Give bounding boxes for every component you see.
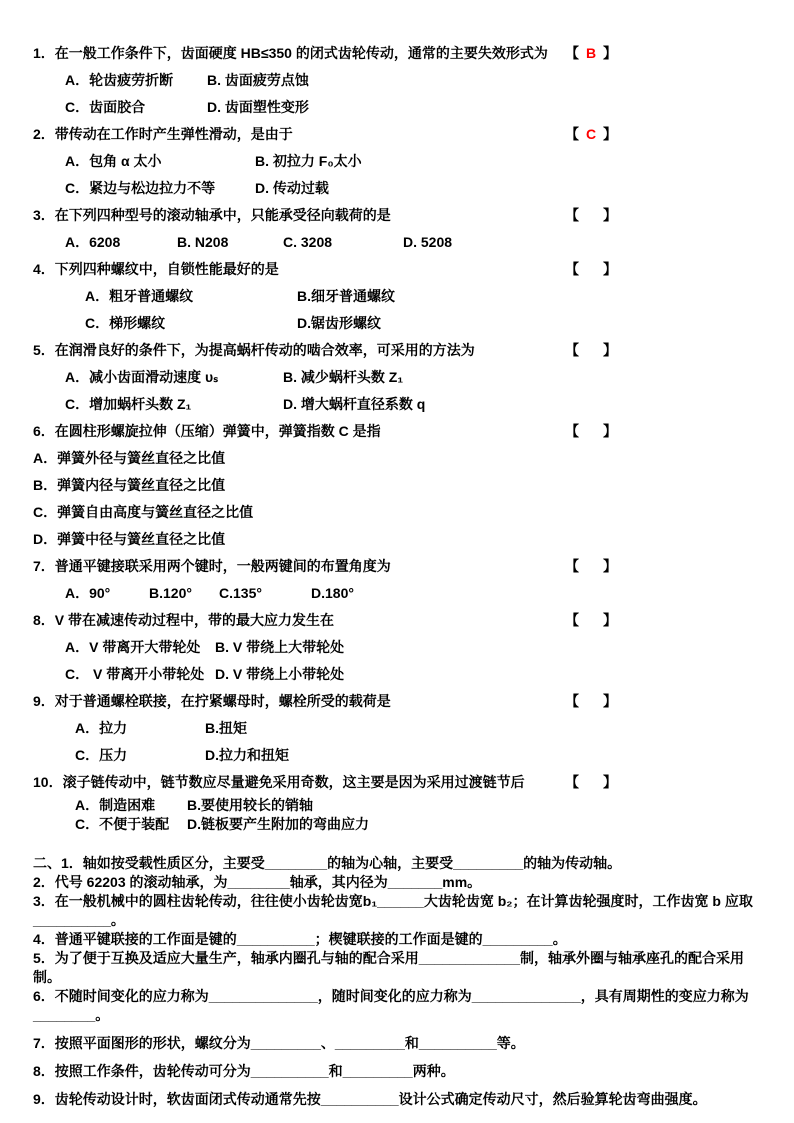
option: D. 齿面塑性变形 bbox=[207, 94, 309, 121]
answer-bracket: 【】 bbox=[565, 256, 617, 283]
option: B.细牙普通螺纹 bbox=[297, 283, 395, 310]
option-row: A．V 带离开大带轮处B. V 带绕上大带轮处 bbox=[33, 634, 766, 661]
option-row: A．减小齿面滑动速度 υₛB. 减少蜗杆头数 Z₁ bbox=[33, 364, 766, 391]
answer-bracket: 【B】 bbox=[565, 40, 617, 67]
answer-bracket: 【】 bbox=[565, 607, 617, 634]
bracket-open: 【 bbox=[565, 612, 579, 628]
question-text: 1．在一般工作条件下，齿面硬度 HB≤350 的闭式齿轮传动，通常的主要失效形式… bbox=[33, 40, 548, 67]
question-2: 2．带传动在工作时产生弹性滑动，是由于【C】A．包角 α 太小B. 初拉力 F₀… bbox=[33, 121, 766, 202]
option-row: C．增加蜗杆头数 Z₁D. 增大蜗杆直径系数 q bbox=[33, 391, 766, 418]
bracket-close: 】 bbox=[603, 261, 617, 277]
section-label: 二、 bbox=[33, 855, 61, 871]
option: A．减小齿面滑动速度 υₛ bbox=[65, 364, 283, 391]
question-3: 3．在下列四种型号的滚动轴承中，只能承受径向载荷的是【】A．6208B. N20… bbox=[33, 202, 766, 256]
option: D. 5208 bbox=[403, 229, 452, 256]
question-7: 7．普通平键接联采用两个键时，一般两键间的布置角度为【】A．90°B.120°C… bbox=[33, 553, 766, 607]
option-row: C． V 带离开小带轮处D. V 带绕上小带轮处 bbox=[33, 661, 766, 688]
bracket-open: 【 bbox=[565, 423, 579, 439]
option: A．6208 bbox=[65, 229, 177, 256]
bracket-close: 】 bbox=[603, 423, 617, 439]
option: B. N208 bbox=[177, 229, 283, 256]
option-row: C．齿面胶合D. 齿面塑性变形 bbox=[33, 94, 766, 121]
question-5: 5．在润滑良好的条件下，为提高蜗杆传动的啮合效率，可采用的方法为【】A．减小齿面… bbox=[33, 337, 766, 418]
option-row: D．弹簧中径与簧丝直径之比值 bbox=[33, 526, 766, 553]
option-row: A．轮齿疲劳折断B. 齿面疲劳点蚀 bbox=[33, 67, 766, 94]
option-row: C．不便于装配D.链板要产生附加的弯曲应力 bbox=[33, 815, 766, 834]
bracket-open: 【 bbox=[565, 207, 579, 223]
option: B. 减少蜗杆头数 Z₁ bbox=[283, 364, 403, 391]
option: A．V 带离开大带轮处 bbox=[65, 634, 215, 661]
option-row: C．压力D.拉力和扭矩 bbox=[33, 742, 766, 769]
option: D.锯齿形螺纹 bbox=[297, 310, 381, 337]
question-line: 10．滚子链传动中，链节数应尽量避免采用奇数，这主要是因为采用过渡链节后【】 bbox=[33, 769, 766, 796]
option: D. 增大蜗杆直径系数 q bbox=[283, 391, 425, 418]
option: B.120° bbox=[149, 580, 219, 607]
question-text: 5．在润滑良好的条件下，为提高蜗杆传动的啮合效率，可采用的方法为 bbox=[33, 337, 475, 364]
multiple-choice-section: 1．在一般工作条件下，齿面硬度 HB≤350 的闭式齿轮传动，通常的主要失效形式… bbox=[33, 40, 766, 834]
option: C．紧边与松边拉力不等 bbox=[65, 175, 255, 202]
answer-bracket: 【C】 bbox=[565, 121, 617, 148]
bracket-open: 【 bbox=[565, 693, 579, 709]
fill-item-5: 5．为了便于互换及适应大量生产，轴承内圈孔与轴的配合采用____________… bbox=[33, 949, 766, 987]
bracket-close: 】 bbox=[603, 558, 617, 574]
option: B.要使用较长的销轴 bbox=[187, 796, 313, 815]
fill-item-6: 6．不随时间变化的应力称为______________，随时间变化的应力称为__… bbox=[33, 987, 766, 1025]
answer-bracket: 【】 bbox=[565, 418, 617, 445]
answer-bracket: 【】 bbox=[565, 337, 617, 364]
option: C. 3208 bbox=[283, 229, 403, 256]
bracket-open: 【 bbox=[565, 342, 579, 358]
option-row: A．制造困难B.要使用较长的销轴 bbox=[33, 796, 766, 815]
option-row: A．弹簧外径与簧丝直径之比值 bbox=[33, 445, 766, 472]
bracket-close: 】 bbox=[603, 207, 617, 223]
option: D.链板要产生附加的弯曲应力 bbox=[187, 815, 369, 834]
bracket-open: 【 bbox=[565, 45, 579, 61]
question-line: 5．在润滑良好的条件下，为提高蜗杆传动的啮合效率，可采用的方法为【】 bbox=[33, 337, 766, 364]
question-text: 7．普通平键接联采用两个键时，一般两键间的布置角度为 bbox=[33, 553, 391, 580]
option: C．不便于装配 bbox=[75, 815, 187, 834]
fill-item-4: 4．普通平键联接的工作面是键的__________；楔键联接的工作面是键的___… bbox=[33, 930, 766, 949]
fill-item-7: 7．按照平面图形的形状，螺纹分为_________、_________和____… bbox=[33, 1034, 766, 1053]
answer-bracket: 【】 bbox=[565, 769, 617, 796]
bracket-close: 】 bbox=[603, 45, 617, 61]
option: C.135° bbox=[219, 580, 311, 607]
option: C．压力 bbox=[75, 742, 205, 769]
option-row: A．6208B. N208C. 3208D. 5208 bbox=[33, 229, 766, 256]
option: A．拉力 bbox=[75, 715, 205, 742]
question-line: 9．对于普通螺栓联接，在拧紧螺母时，螺栓所受的载荷是【】 bbox=[33, 688, 766, 715]
option-row: C．紧边与松边拉力不等D. 传动过载 bbox=[33, 175, 766, 202]
fill-item-8: 8．按照工作条件，齿轮传动可分为__________和_________两种。 bbox=[33, 1062, 766, 1081]
option: D.拉力和扭矩 bbox=[205, 742, 289, 769]
option: D.180° bbox=[311, 580, 354, 607]
option: D. V 带绕上小带轮处 bbox=[215, 661, 344, 688]
answer-bracket: 【】 bbox=[565, 553, 617, 580]
answer-bracket: 【】 bbox=[565, 202, 617, 229]
bracket-close: 】 bbox=[603, 126, 617, 142]
question-10: 10．滚子链传动中，链节数应尽量避免采用奇数，这主要是因为采用过渡链节后【】A．… bbox=[33, 769, 766, 834]
option: B. V 带绕上大带轮处 bbox=[215, 634, 344, 661]
question-text: 6．在圆柱形螺旋拉伸（压缩）弹簧中，弹簧指数 C 是指 bbox=[33, 418, 381, 445]
option: A．90° bbox=[65, 580, 149, 607]
bracket-close: 】 bbox=[603, 693, 617, 709]
question-line: 7．普通平键接联采用两个键时，一般两键间的布置角度为【】 bbox=[33, 553, 766, 580]
question-text: 4．下列四种螺纹中，自锁性能最好的是 bbox=[33, 256, 279, 283]
question-line: 3．在下列四种型号的滚动轴承中，只能承受径向载荷的是【】 bbox=[33, 202, 766, 229]
exam-page: 1．在一般工作条件下，齿面硬度 HB≤350 的闭式齿轮传动，通常的主要失效形式… bbox=[0, 0, 794, 1123]
bracket-close: 】 bbox=[603, 342, 617, 358]
option: C．弹簧自由高度与簧丝直径之比值 bbox=[33, 499, 253, 526]
bracket-open: 【 bbox=[565, 774, 579, 790]
question-line: 4．下列四种螺纹中，自锁性能最好的是【】 bbox=[33, 256, 766, 283]
bracket-open: 【 bbox=[565, 261, 579, 277]
option: A．轮齿疲劳折断 bbox=[65, 67, 207, 94]
fill-item-9: 9．齿轮传动设计时，软齿面闭式传动通常先按__________设计公式确定传动尺… bbox=[33, 1090, 766, 1109]
option: A．弹簧外径与簧丝直径之比值 bbox=[33, 445, 225, 472]
option: B．弹簧内径与簧丝直径之比值 bbox=[33, 472, 225, 499]
option: D．弹簧中径与簧丝直径之比值 bbox=[33, 526, 225, 553]
bracket-open: 【 bbox=[565, 558, 579, 574]
option: B. 齿面疲劳点蚀 bbox=[207, 67, 309, 94]
question-8: 8．V 带在减速传动过程中，带的最大应力发生在【】A．V 带离开大带轮处B. V… bbox=[33, 607, 766, 688]
question-text: 10．滚子链传动中，链节数应尽量避免采用奇数，这主要是因为采用过渡链节后 bbox=[33, 769, 525, 796]
fill-blank-section: 二、1．轴如按受载性质区分，主要受________的轴为心轴，主要受______… bbox=[33, 854, 766, 1109]
answer-bracket: 【】 bbox=[565, 688, 617, 715]
option: C．增加蜗杆头数 Z₁ bbox=[65, 391, 283, 418]
option: D. 传动过载 bbox=[255, 175, 329, 202]
option: B.扭矩 bbox=[205, 715, 247, 742]
question-6: 6．在圆柱形螺旋拉伸（压缩）弹簧中，弹簧指数 C 是指【】A．弹簧外径与簧丝直径… bbox=[33, 418, 766, 553]
question-line: 2．带传动在工作时产生弹性滑动，是由于【C】 bbox=[33, 121, 766, 148]
question-line: 6．在圆柱形螺旋拉伸（压缩）弹簧中，弹簧指数 C 是指【】 bbox=[33, 418, 766, 445]
option: A．粗牙普通螺纹 bbox=[85, 283, 297, 310]
fill-item-3: 3．在一般机械中的圆柱齿轮传动，往往使小齿轮齿宽b₁______大齿轮齿宽 b₂… bbox=[33, 892, 766, 930]
option: B. 初拉力 F₀太小 bbox=[255, 148, 362, 175]
option-row: C．弹簧自由高度与簧丝直径之比值 bbox=[33, 499, 766, 526]
question-text: 9．对于普通螺栓联接，在拧紧螺母时，螺栓所受的载荷是 bbox=[33, 688, 391, 715]
bracket-open: 【 bbox=[565, 126, 579, 142]
option: A．包角 α 太小 bbox=[65, 148, 255, 175]
question-4: 4．下列四种螺纹中，自锁性能最好的是【】A．粗牙普通螺纹B.细牙普通螺纹C．梯形… bbox=[33, 256, 766, 337]
bracket-close: 】 bbox=[603, 612, 617, 628]
option: C． V 带离开小带轮处 bbox=[65, 661, 215, 688]
answer-letter: C bbox=[579, 121, 603, 148]
question-1: 1．在一般工作条件下，齿面硬度 HB≤350 的闭式齿轮传动，通常的主要失效形式… bbox=[33, 40, 766, 121]
question-line: 8．V 带在减速传动过程中，带的最大应力发生在【】 bbox=[33, 607, 766, 634]
option-row: B．弹簧内径与簧丝直径之比值 bbox=[33, 472, 766, 499]
question-text: 2．带传动在工作时产生弹性滑动，是由于 bbox=[33, 121, 293, 148]
question-line: 1．在一般工作条件下，齿面硬度 HB≤350 的闭式齿轮传动，通常的主要失效形式… bbox=[33, 40, 766, 67]
fill-item-2: 2．代号 62203 的滚动轴承，为________轴承，其内径为_______… bbox=[33, 873, 766, 892]
question-text: 8．V 带在减速传动过程中，带的最大应力发生在 bbox=[33, 607, 334, 634]
bracket-close: 】 bbox=[603, 774, 617, 790]
fill-item-1: 二、1．轴如按受载性质区分，主要受________的轴为心轴，主要受______… bbox=[33, 854, 766, 873]
question-9: 9．对于普通螺栓联接，在拧紧螺母时，螺栓所受的载荷是【】A．拉力B.扭矩C．压力… bbox=[33, 688, 766, 769]
option: A．制造困难 bbox=[75, 796, 187, 815]
option-row: C．梯形螺纹D.锯齿形螺纹 bbox=[33, 310, 766, 337]
answer-letter: B bbox=[579, 40, 603, 67]
option-row: A．包角 α 太小B. 初拉力 F₀太小 bbox=[33, 148, 766, 175]
option-row: A．粗牙普通螺纹B.细牙普通螺纹 bbox=[33, 283, 766, 310]
option-row: A．拉力B.扭矩 bbox=[33, 715, 766, 742]
question-text: 3．在下列四种型号的滚动轴承中，只能承受径向载荷的是 bbox=[33, 202, 391, 229]
option: C．齿面胶合 bbox=[65, 94, 207, 121]
option-row: A．90°B.120°C.135°D.180° bbox=[33, 580, 766, 607]
option: C．梯形螺纹 bbox=[85, 310, 297, 337]
